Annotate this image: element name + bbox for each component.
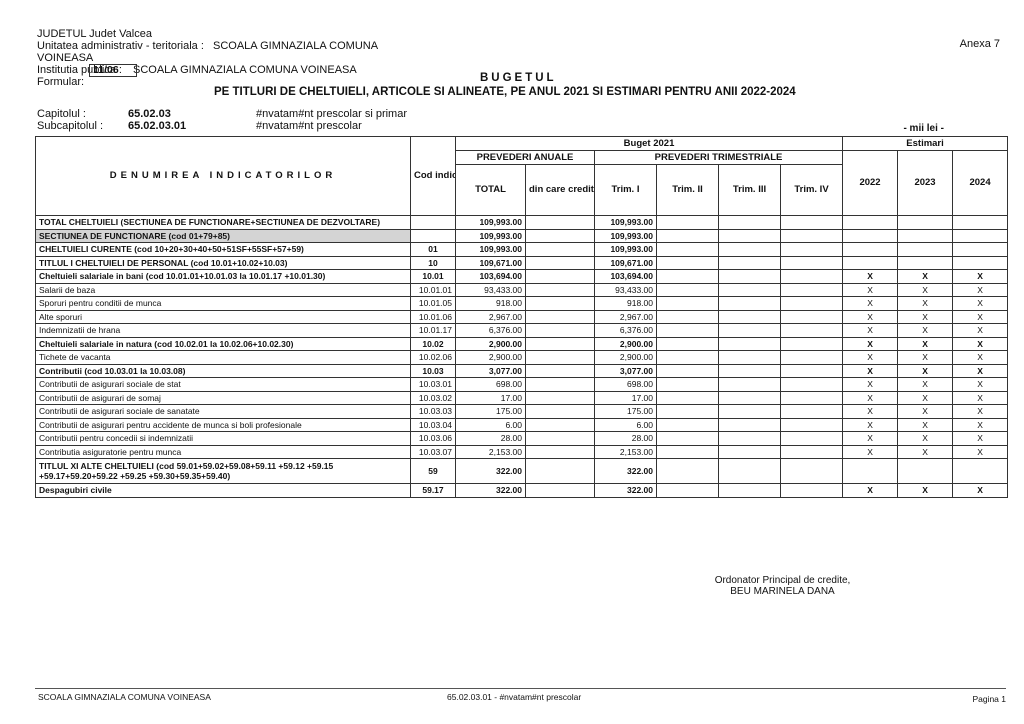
cell-t2 xyxy=(657,310,719,324)
cell-e2023: X xyxy=(898,337,953,351)
cell-restante xyxy=(526,229,595,243)
cell-e2022: X xyxy=(843,297,898,311)
cell-total: 2,900.00 xyxy=(456,337,526,351)
cell-e2023: X xyxy=(898,283,953,297)
cell-t1: 93,433.00 xyxy=(595,283,657,297)
cell-total: 109,993.00 xyxy=(456,243,526,257)
cell-cod: 10.01.06 xyxy=(411,310,456,324)
cell-t4 xyxy=(781,378,843,392)
cell-restante xyxy=(526,351,595,365)
cell-name: TOTAL CHELTUIELI (SECTIUNEA DE FUNCTIONA… xyxy=(36,216,411,230)
unitate-value: SCOALA GIMNAZIALA COMUNA xyxy=(213,40,378,52)
cell-t1: 175.00 xyxy=(595,405,657,419)
cell-t4 xyxy=(781,459,843,484)
cell-name: Contributii de asigurari sociale de sana… xyxy=(36,405,411,419)
cell-t4 xyxy=(781,229,843,243)
header-trim1: Trim. I xyxy=(595,165,657,216)
cell-e2023: X xyxy=(898,484,953,498)
table-row: Contributia asiguratorie pentru munca10.… xyxy=(36,445,1008,459)
cell-e2023: X xyxy=(898,432,953,446)
cell-cod: 10.02.06 xyxy=(411,351,456,365)
cell-e2024: X xyxy=(953,445,1008,459)
cell-cod: 10.01 xyxy=(411,270,456,284)
cell-total: 109,671.00 xyxy=(456,256,526,270)
cell-cod: 10.02 xyxy=(411,337,456,351)
table-row: Contributii de asigurari pentru accident… xyxy=(36,418,1008,432)
table-row: TITLUL XI ALTE CHELTUIELI (cod 59.01+59.… xyxy=(36,459,1008,484)
unitate-label: Unitatea administrativ - teritoriala : xyxy=(37,40,204,52)
cell-t4 xyxy=(781,445,843,459)
cell-name: Cheltuieli salariale in bani (cod 10.01.… xyxy=(36,270,411,284)
cell-t2 xyxy=(657,270,719,284)
cell-t3 xyxy=(719,243,781,257)
cell-t2 xyxy=(657,459,719,484)
cell-total: 322.00 xyxy=(456,484,526,498)
header-2022: 2022 xyxy=(843,151,898,216)
cell-restante xyxy=(526,405,595,419)
cell-t3 xyxy=(719,229,781,243)
cell-e2023: X xyxy=(898,391,953,405)
cell-e2024: X xyxy=(953,405,1008,419)
cell-restante xyxy=(526,324,595,338)
cell-e2024: X xyxy=(953,391,1008,405)
budget-table: DENUMIREA INDICATORILOR Cod indicator Bu… xyxy=(35,136,1008,498)
cell-total: 109,993.00 xyxy=(456,229,526,243)
cell-cod: 10 xyxy=(411,256,456,270)
cell-e2024: X xyxy=(953,418,1008,432)
header-2023: 2023 xyxy=(898,151,953,216)
cell-e2023: X xyxy=(898,351,953,365)
cell-t3 xyxy=(719,484,781,498)
cell-t4 xyxy=(781,310,843,324)
capitol-desc: #nvatam#nt prescolar si primar xyxy=(256,108,407,120)
cell-e2023 xyxy=(898,459,953,484)
cell-name: SECTIUNEA DE FUNCTIONARE (cod 01+79+85) xyxy=(36,229,411,243)
cell-t3 xyxy=(719,405,781,419)
cell-t3 xyxy=(719,391,781,405)
cell-t4 xyxy=(781,418,843,432)
table-row: TITLUL I CHELTUIELI DE PERSONAL (cod 10.… xyxy=(36,256,1008,270)
cell-t1: 3,077.00 xyxy=(595,364,657,378)
table-row: Cheltuieli salariale in natura (cod 10.0… xyxy=(36,337,1008,351)
cell-e2023: X xyxy=(898,364,953,378)
cell-name: Sporuri pentru conditii de munca xyxy=(36,297,411,311)
header-cod: Cod indicator xyxy=(411,137,456,216)
cell-t4 xyxy=(781,324,843,338)
cell-name: Cheltuieli salariale in natura (cod 10.0… xyxy=(36,337,411,351)
cell-e2024: X xyxy=(953,432,1008,446)
header-denumire: DENUMIREA INDICATORILOR xyxy=(36,137,411,216)
cell-cod: 10.01.05 xyxy=(411,297,456,311)
cell-name: Contributii pentru concedii si indemniza… xyxy=(36,432,411,446)
cell-t3 xyxy=(719,378,781,392)
cell-t1: 103,694.00 xyxy=(595,270,657,284)
footer-page-number: Pagina 1 xyxy=(972,694,1006,704)
cell-t1: 918.00 xyxy=(595,297,657,311)
cell-e2022: X xyxy=(843,391,898,405)
cell-t2 xyxy=(657,445,719,459)
cell-name: Contributia asiguratorie pentru munca xyxy=(36,445,411,459)
header-prevederi-anuale: PREVEDERI ANUALE xyxy=(456,151,595,165)
cell-name: TITLUL I CHELTUIELI DE PERSONAL (cod 10.… xyxy=(36,256,411,270)
cell-e2024: X xyxy=(953,283,1008,297)
cell-restante xyxy=(526,418,595,432)
cell-t3 xyxy=(719,310,781,324)
cell-cod: 10.01.01 xyxy=(411,283,456,297)
cell-t3 xyxy=(719,270,781,284)
table-row: Contributii pentru concedii si indemniza… xyxy=(36,432,1008,446)
cell-t3 xyxy=(719,337,781,351)
cell-t4 xyxy=(781,256,843,270)
cell-cod: 10.03.02 xyxy=(411,391,456,405)
cell-t3 xyxy=(719,418,781,432)
cell-restante xyxy=(526,310,595,324)
cell-t3 xyxy=(719,432,781,446)
cell-total: 93,433.00 xyxy=(456,283,526,297)
cell-total: 2,900.00 xyxy=(456,351,526,365)
cell-e2023: X xyxy=(898,445,953,459)
header-din-care: din care credite bugetare destinate stin… xyxy=(526,165,595,216)
cell-t4 xyxy=(781,364,843,378)
cell-t1: 6,376.00 xyxy=(595,324,657,338)
cell-e2023 xyxy=(898,229,953,243)
document-subtitle: PE TITLURI DE CHELTUIELI, ARTICOLE SI AL… xyxy=(214,86,796,98)
cell-e2024: X xyxy=(953,297,1008,311)
footer-divider xyxy=(35,688,1006,689)
cell-cod xyxy=(411,229,456,243)
cell-total: 17.00 xyxy=(456,391,526,405)
cell-total: 698.00 xyxy=(456,378,526,392)
cell-restante xyxy=(526,445,595,459)
cell-e2022: X xyxy=(843,310,898,324)
cell-restante xyxy=(526,391,595,405)
cell-total: 103,694.00 xyxy=(456,270,526,284)
subcapitol-desc: #nvatam#nt prescolar xyxy=(256,120,362,132)
cell-e2024: X xyxy=(953,351,1008,365)
cell-restante xyxy=(526,270,595,284)
cell-e2022: X xyxy=(843,405,898,419)
header-trim4: Trim. IV xyxy=(781,165,843,216)
anexa-label: Anexa 7 xyxy=(960,38,1000,50)
cell-t1: 698.00 xyxy=(595,378,657,392)
table-row: Contributii (cod 10.03.01 la 10.03.08)10… xyxy=(36,364,1008,378)
cell-t4 xyxy=(781,297,843,311)
cell-cod: 10.03.07 xyxy=(411,445,456,459)
cell-t2 xyxy=(657,405,719,419)
cell-name: Indemnizatii de hrana xyxy=(36,324,411,338)
cell-t2 xyxy=(657,324,719,338)
cell-e2022: X xyxy=(843,364,898,378)
table-row: Tichete de vacanta10.02.062,900.002,900.… xyxy=(36,351,1008,365)
cell-t1: 109,993.00 xyxy=(595,216,657,230)
cell-name: Alte sporuri xyxy=(36,310,411,324)
cell-name: Contributii de asigurari sociale de stat xyxy=(36,378,411,392)
cell-e2022: X xyxy=(843,283,898,297)
cell-e2024: X xyxy=(953,484,1008,498)
cell-e2024: X xyxy=(953,337,1008,351)
cell-total: 2,153.00 xyxy=(456,445,526,459)
cell-e2022 xyxy=(843,256,898,270)
cell-e2024 xyxy=(953,243,1008,257)
cell-t4 xyxy=(781,216,843,230)
cell-t1: 28.00 xyxy=(595,432,657,446)
cell-t1: 322.00 xyxy=(595,484,657,498)
cell-cod: 10.03.03 xyxy=(411,405,456,419)
budget-table-body: TOTAL CHELTUIELI (SECTIUNEA DE FUNCTIONA… xyxy=(36,216,1008,498)
cell-t3 xyxy=(719,283,781,297)
cell-e2024: X xyxy=(953,270,1008,284)
cell-t2 xyxy=(657,391,719,405)
capitol-label: Capitolul : xyxy=(37,108,86,120)
cell-t2 xyxy=(657,243,719,257)
cell-e2022 xyxy=(843,229,898,243)
cell-e2022 xyxy=(843,216,898,230)
formular-label: Formular: xyxy=(37,76,84,88)
cell-name: Contributii de asigurari de somaj xyxy=(36,391,411,405)
cell-t1: 2,900.00 xyxy=(595,337,657,351)
cell-restante xyxy=(526,337,595,351)
institutie-value: SCOALA GIMNAZIALA COMUNA VOINEASA xyxy=(133,64,357,76)
cell-e2024 xyxy=(953,216,1008,230)
cell-t4 xyxy=(781,351,843,365)
cell-t1: 322.00 xyxy=(595,459,657,484)
table-row: Contributii de asigurari sociale de sana… xyxy=(36,405,1008,419)
cell-t1: 2,153.00 xyxy=(595,445,657,459)
cell-t4 xyxy=(781,337,843,351)
signature-name: BEU MARINELA DANA xyxy=(700,586,865,597)
cell-cod: 59.17 xyxy=(411,484,456,498)
cell-t2 xyxy=(657,297,719,311)
header-trim3: Trim. III xyxy=(719,165,781,216)
cell-e2023 xyxy=(898,243,953,257)
cell-restante xyxy=(526,459,595,484)
cell-restante xyxy=(526,283,595,297)
cell-total: 6,376.00 xyxy=(456,324,526,338)
cell-e2023: X xyxy=(898,324,953,338)
formular-number-box: 11/06 xyxy=(89,64,137,77)
cell-e2022: X xyxy=(843,378,898,392)
table-row: Salarii de baza10.01.0193,433.0093,433.0… xyxy=(36,283,1008,297)
footer-subcapitol: 65.02.03.01 - #nvatam#nt prescolar xyxy=(447,692,581,702)
table-row: Despagubiri civile59.17322.00322.00XXX xyxy=(36,484,1008,498)
cell-name: Tichete de vacanta xyxy=(36,351,411,365)
cell-cod: 10.03.06 xyxy=(411,432,456,446)
cell-name: Contributii (cod 10.03.01 la 10.03.08) xyxy=(36,364,411,378)
cell-t2 xyxy=(657,351,719,365)
cell-e2023 xyxy=(898,256,953,270)
table-row: Sporuri pentru conditii de munca10.01.05… xyxy=(36,297,1008,311)
cell-t1: 109,993.00 xyxy=(595,229,657,243)
cell-total: 175.00 xyxy=(456,405,526,419)
cell-total: 109,993.00 xyxy=(456,216,526,230)
cell-cod: 10.03.04 xyxy=(411,418,456,432)
cell-e2023: X xyxy=(898,405,953,419)
unit-label: - mii lei - xyxy=(903,123,944,134)
cell-e2022 xyxy=(843,459,898,484)
table-row: Indemnizatii de hrana10.01.176,376.006,3… xyxy=(36,324,1008,338)
capitol-code: 65.02.03 xyxy=(128,108,171,120)
cell-cod: 01 xyxy=(411,243,456,257)
cell-e2023: X xyxy=(898,418,953,432)
cell-t4 xyxy=(781,243,843,257)
cell-e2023: X xyxy=(898,297,953,311)
cell-total: 3,077.00 xyxy=(456,364,526,378)
cell-cod xyxy=(411,216,456,230)
cell-e2022: X xyxy=(843,418,898,432)
judet-line: JUDETUL Judet Valcea xyxy=(37,28,152,40)
cell-e2022: X xyxy=(843,445,898,459)
cell-e2023: X xyxy=(898,270,953,284)
cell-t1: 2,900.00 xyxy=(595,351,657,365)
cell-t1: 109,993.00 xyxy=(595,243,657,257)
header-buget: Buget 2021 xyxy=(456,137,843,151)
cell-name: Contributii de asigurari pentru accident… xyxy=(36,418,411,432)
cell-t3 xyxy=(719,459,781,484)
cell-t2 xyxy=(657,432,719,446)
cell-t3 xyxy=(719,216,781,230)
cell-t4 xyxy=(781,391,843,405)
cell-cod: 10.03.01 xyxy=(411,378,456,392)
table-row: Cheltuieli salariale in bani (cod 10.01.… xyxy=(36,270,1008,284)
cell-t2 xyxy=(657,418,719,432)
cell-e2024 xyxy=(953,256,1008,270)
cell-restante xyxy=(526,256,595,270)
table-row: Contributii de asigurari de somaj10.03.0… xyxy=(36,391,1008,405)
header-2024: 2024 xyxy=(953,151,1008,216)
cell-e2022: X xyxy=(843,351,898,365)
cell-name: TITLUL XI ALTE CHELTUIELI (cod 59.01+59.… xyxy=(36,459,411,484)
cell-t2 xyxy=(657,229,719,243)
cell-total: 322.00 xyxy=(456,459,526,484)
cell-restante xyxy=(526,243,595,257)
cell-name: Salarii de baza xyxy=(36,283,411,297)
table-row: Contributii de asigurari sociale de stat… xyxy=(36,378,1008,392)
subcapitol-label: Subcapitolul : xyxy=(37,120,103,132)
cell-t1: 109,671.00 xyxy=(595,256,657,270)
cell-t3 xyxy=(719,445,781,459)
cell-t2 xyxy=(657,484,719,498)
cell-e2023 xyxy=(898,216,953,230)
cell-cod: 10.03 xyxy=(411,364,456,378)
cell-restante xyxy=(526,378,595,392)
cell-t1: 2,967.00 xyxy=(595,310,657,324)
cell-e2022: X xyxy=(843,324,898,338)
table-row: SECTIUNEA DE FUNCTIONARE (cod 01+79+85)1… xyxy=(36,229,1008,243)
cell-t3 xyxy=(719,351,781,365)
cell-t4 xyxy=(781,283,843,297)
cell-e2022: X xyxy=(843,337,898,351)
cell-t2 xyxy=(657,216,719,230)
cell-t3 xyxy=(719,324,781,338)
cell-e2022: X xyxy=(843,484,898,498)
cell-e2023: X xyxy=(898,378,953,392)
cell-total: 2,967.00 xyxy=(456,310,526,324)
cell-t3 xyxy=(719,364,781,378)
cell-restante xyxy=(526,364,595,378)
header-trim2: Trim. II xyxy=(657,165,719,216)
document-title: BUGETUL xyxy=(480,72,557,84)
cell-t1: 17.00 xyxy=(595,391,657,405)
cell-t1: 6.00 xyxy=(595,418,657,432)
cell-cod: 59 xyxy=(411,459,456,484)
cell-t4 xyxy=(781,484,843,498)
cell-e2024 xyxy=(953,229,1008,243)
cell-name: Despagubiri civile xyxy=(36,484,411,498)
footer-institution: SCOALA GIMNAZIALA COMUNA VOINEASA xyxy=(38,692,211,702)
cell-t2 xyxy=(657,283,719,297)
cell-t3 xyxy=(719,297,781,311)
cell-total: 28.00 xyxy=(456,432,526,446)
cell-t2 xyxy=(657,337,719,351)
cell-restante xyxy=(526,484,595,498)
cell-e2022 xyxy=(843,243,898,257)
cell-t2 xyxy=(657,364,719,378)
cell-e2024: X xyxy=(953,378,1008,392)
signature-block: Ordonator Principal de credite, BEU MARI… xyxy=(700,575,865,597)
header-prevederi-trimestriale: PREVEDERI TRIMESTRIALE xyxy=(595,151,843,165)
unitate-value-cont: VOINEASA xyxy=(37,52,93,64)
cell-t4 xyxy=(781,432,843,446)
cell-restante xyxy=(526,297,595,311)
cell-e2022: X xyxy=(843,270,898,284)
cell-e2024: X xyxy=(953,324,1008,338)
cell-restante xyxy=(526,216,595,230)
table-row: Alte sporuri10.01.062,967.002,967.00XXX xyxy=(36,310,1008,324)
cell-restante xyxy=(526,432,595,446)
cell-t2 xyxy=(657,378,719,392)
cell-e2024: X xyxy=(953,364,1008,378)
header-total: TOTAL xyxy=(456,165,526,216)
cell-t4 xyxy=(781,270,843,284)
cell-cod: 10.01.17 xyxy=(411,324,456,338)
header-estimari: Estimari xyxy=(843,137,1008,151)
cell-e2023: X xyxy=(898,310,953,324)
cell-total: 918.00 xyxy=(456,297,526,311)
cell-t3 xyxy=(719,256,781,270)
subcapitol-code: 65.02.03.01 xyxy=(128,120,186,132)
cell-name: CHELTUIELI CURENTE (cod 10+20+30+40+50+5… xyxy=(36,243,411,257)
cell-e2024: X xyxy=(953,310,1008,324)
cell-total: 6.00 xyxy=(456,418,526,432)
signature-role: Ordonator Principal de credite, xyxy=(700,575,865,586)
table-row: CHELTUIELI CURENTE (cod 10+20+30+40+50+5… xyxy=(36,243,1008,257)
table-row: TOTAL CHELTUIELI (SECTIUNEA DE FUNCTIONA… xyxy=(36,216,1008,230)
cell-e2022: X xyxy=(843,432,898,446)
cell-e2024 xyxy=(953,459,1008,484)
cell-t4 xyxy=(781,405,843,419)
cell-t2 xyxy=(657,256,719,270)
